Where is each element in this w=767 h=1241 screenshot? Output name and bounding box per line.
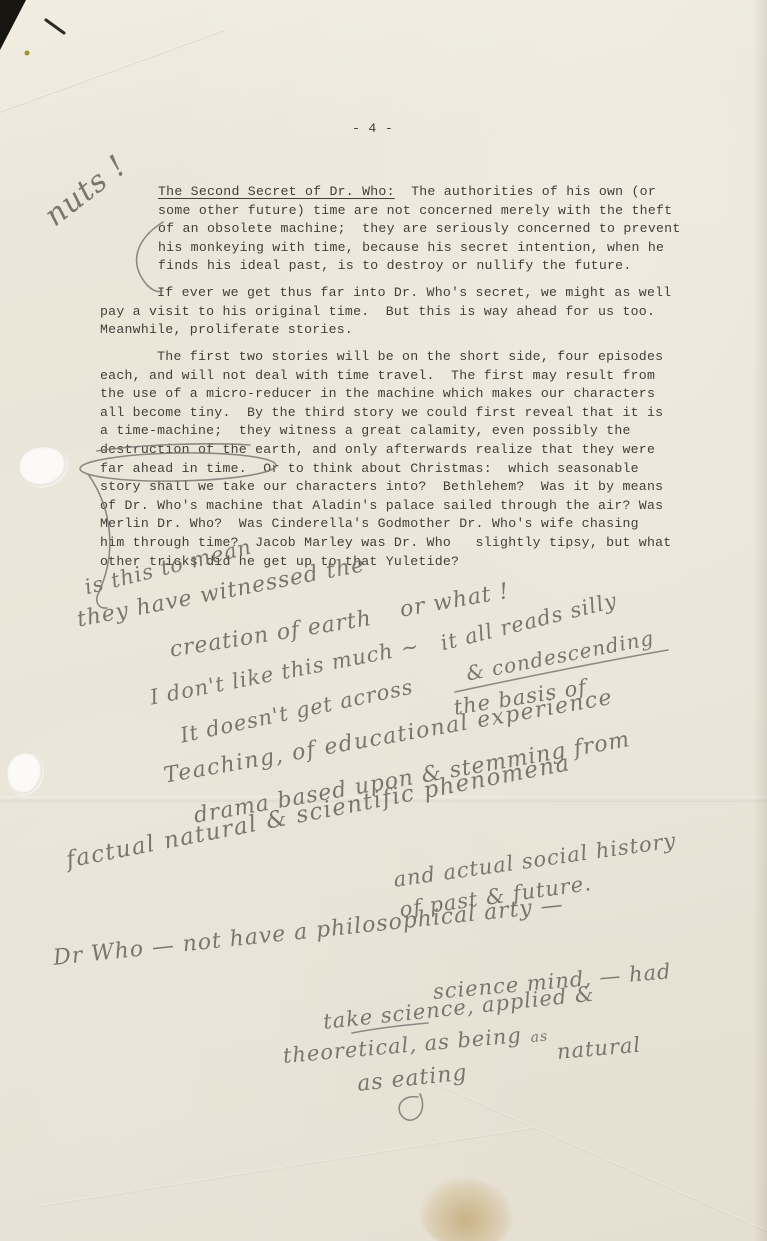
staple-mark — [46, 20, 64, 33]
paper-hole-blemish — [6, 752, 42, 794]
paragraph-second-secret: The Second Secret of Dr. Who: The author… — [158, 183, 680, 276]
document-page: - 4 - The Second Secret of Dr. Who: The … — [0, 0, 767, 1241]
paragraph-line: his monkeying with time, because his sec… — [158, 239, 680, 258]
paragraph-line: some other future) time are not concerne… — [158, 202, 680, 221]
paragraph-line: The Second Secret of Dr. Who: The author… — [158, 183, 680, 202]
paragraph-line: of an obsolete machine; they are serious… — [158, 220, 680, 239]
paragraph-line: each, and will not deal with time travel… — [100, 367, 671, 386]
paragraph-line: the use of a micro-reducer in the machin… — [100, 385, 671, 404]
paragraph-line: of Dr. Who's machine that Aladin's palac… — [100, 497, 671, 516]
paper-speck — [25, 51, 30, 56]
scan-corner-shadow — [0, 0, 26, 50]
paragraph-line: a time-machine; they witness a great cal… — [100, 422, 671, 441]
paragraph-line: all become tiny. By the third story we c… — [100, 404, 671, 423]
paragraph-line: Merlin Dr. Who? Was Cinderella's Godmoth… — [100, 515, 671, 534]
paragraph-first-stories: The first two stories will be on the sho… — [100, 348, 671, 571]
eating-descender-tail — [399, 1094, 422, 1120]
paper-crease-top-left — [0, 29, 225, 120]
page-number: - 4 - — [352, 121, 393, 136]
handwritten-note: or what ! — [398, 579, 511, 623]
paragraph-line: far ahead in time. Or to think about Chr… — [100, 460, 671, 479]
paper-edge-shadow — [753, 0, 767, 1241]
paragraph-line: finds his ideal past, is to destroy or n… — [158, 257, 680, 276]
paragraph-line: story shall we take our characters into?… — [100, 478, 671, 497]
margin-note-nuts: nuts ! — [38, 148, 133, 233]
paragraph-line: destruction of the earth, and only after… — [100, 441, 671, 460]
paragraph-line: If ever we get thus far into Dr. Who's s… — [100, 284, 671, 303]
handwritten-note-superscript: as — [530, 1028, 549, 1045]
heading-rest: The authorities of his own (or — [395, 184, 656, 199]
handwritten-note: theoretical, as being — [282, 1023, 523, 1068]
paragraph-line: The first two stories will be on the sho… — [100, 348, 671, 367]
paper-hole-blemish — [18, 446, 66, 486]
handwritten-note: natural — [556, 1033, 642, 1064]
paper-stain — [420, 1178, 512, 1241]
paragraph-line: Meanwhile, proliferate stories. — [100, 321, 671, 340]
paragraph-line: pay a visit to his original time. But th… — [100, 303, 671, 322]
heading-second-secret: The Second Secret of Dr. Who: — [158, 184, 395, 199]
handwritten-note: Dr Who — not have a philosophical arty — — [52, 892, 565, 970]
paragraph-original-time: If ever we get thus far into Dr. Who's s… — [100, 284, 671, 340]
